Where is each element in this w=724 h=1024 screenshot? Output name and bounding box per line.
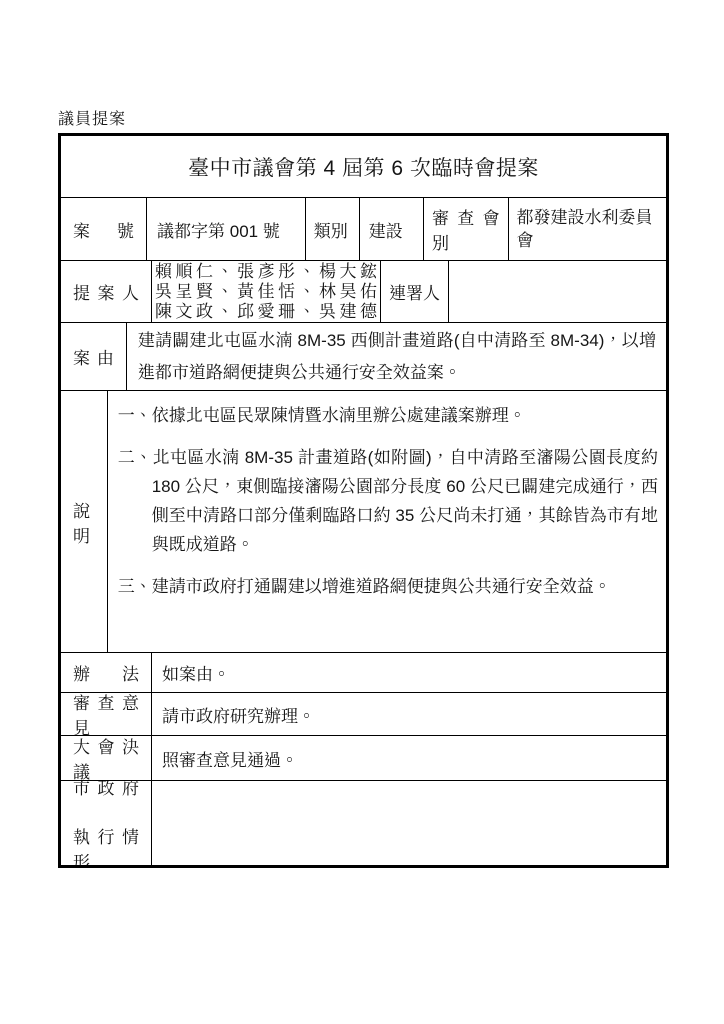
assembly-resolution-value: 照審查意見通過。 <box>151 736 666 780</box>
proposer-names-line: 陳文政、邱愛珊、吳建德 <box>155 302 377 322</box>
subject-text: 建請闢建北屯區水湳 8M-35 西側計畫道路(自中清路至 8M-34)，以增進都… <box>126 323 666 390</box>
proposer-names-line: 吳呈賢、黃佳恬、林昊佑 <box>155 282 377 302</box>
cosigner-value <box>448 261 666 322</box>
review-opinion-row: 審查意見 請市政府研究辦理。 <box>61 692 666 735</box>
subject-label: 案由 <box>61 323 126 390</box>
execution-label: 市政府 執行情形 <box>61 781 151 865</box>
proposer-row: 提案人 賴順仁、張彥彤、楊大鋐 吳呈賢、黃佳恬、林昊佑 陳文政、邱愛珊、吳建德 … <box>61 260 666 322</box>
cosigner-label: 連署人 <box>380 261 448 322</box>
description-label: 說明 <box>61 391 107 652</box>
proposer-names-line: 賴順仁、張彥彤、楊大鋐 <box>155 262 377 282</box>
description-text: 一、依據北屯區民眾陳情暨水湳里辦公處建議案辦理。 二、北屯區水湳 8M-35 計… <box>107 391 666 652</box>
review-opinion-label: 審查意見 <box>61 693 151 735</box>
document-type-label: 議員提案 <box>58 106 126 129</box>
review-committee-value: 都發建設水利委員會 <box>508 198 666 260</box>
table-title: 臺中市議會第 4 屆第 6 次臨時會提案 <box>61 152 666 182</box>
review-opinion-value: 請市政府研究辦理。 <box>151 693 666 735</box>
execution-value <box>151 781 666 865</box>
category-value: 建設 <box>359 198 423 260</box>
method-label: 辦法 <box>61 653 151 692</box>
execution-row: 市政府 執行情形 <box>61 780 666 865</box>
description-item: 二、北屯區水湳 8M-35 計畫道路(如附圖)，自中清路至瀋陽公園長度約 180… <box>118 443 658 559</box>
proposer-label: 提案人 <box>61 261 151 322</box>
description-row: 說明 一、依據北屯區民眾陳情暨水湳里辦公處建議案辦理。 二、北屯區水湳 8M-3… <box>61 390 666 652</box>
proposal-table: 臺中市議會第 4 屆第 6 次臨時會提案 案號 議都字第 001 號 類別 建設… <box>58 133 669 868</box>
case-number-label: 案號 <box>61 198 146 260</box>
subject-row: 案由 建請闢建北屯區水湳 8M-35 西側計畫道路(自中清路至 8M-34)，以… <box>61 322 666 390</box>
case-number-value: 議都字第 001 號 <box>146 198 305 260</box>
proposer-names: 賴順仁、張彥彤、楊大鋐 吳呈賢、黃佳恬、林昊佑 陳文政、邱愛珊、吳建德 <box>151 261 380 322</box>
description-item: 三、建請市政府打通闢建以增進道路網便捷與公共通行安全效益。 <box>118 572 658 601</box>
category-label: 類別 <box>305 198 359 260</box>
assembly-resolution-row: 大會決議 照審查意見通過。 <box>61 735 666 780</box>
table-title-row: 臺中市議會第 4 屆第 6 次臨時會提案 <box>61 136 666 197</box>
assembly-resolution-label: 大會決議 <box>61 736 151 780</box>
review-committee-label: 審查會別 <box>423 198 507 260</box>
method-value: 如案由。 <box>151 653 666 692</box>
description-item: 一、依據北屯區民眾陳情暨水湳里辦公處建議案辦理。 <box>118 401 658 430</box>
case-number-row: 案號 議都字第 001 號 類別 建設 審查會別 都發建設水利委員會 <box>61 197 666 260</box>
method-row: 辦法 如案由。 <box>61 652 666 692</box>
